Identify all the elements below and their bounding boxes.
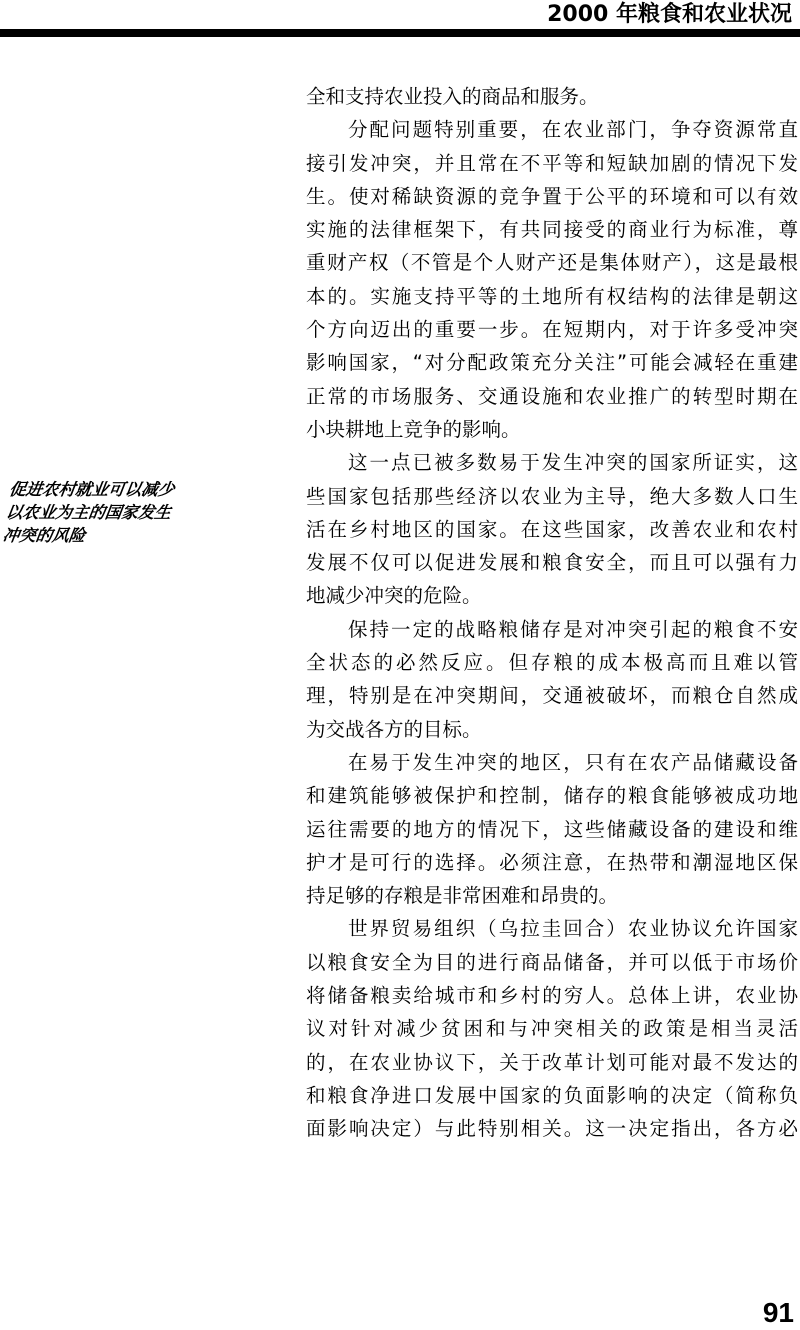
paragraph: 全和支持农业投入的商品和服务。: [306, 80, 798, 113]
text-line: 为交战各方的目标。: [306, 713, 798, 746]
running-title: 2000 年粮食和农业状况: [547, 2, 792, 28]
paragraph: 分配问题特别重要，在农业部门，争夺资源常直 接引发冲突，并且常在不平等和短缺加剧…: [306, 113, 798, 446]
text-line: 本的。实施支持平等的土地所有权结构的法律是朝这: [306, 280, 798, 313]
text-line: 分配问题特别重要，在农业部门，争夺资源常直: [306, 113, 798, 146]
text-line: 以粮食安全为目的进行商品储备，并可以低于市场价: [306, 946, 798, 979]
text-line: 在易于发生冲突的地区，只有在农产品储藏设备: [306, 746, 798, 779]
text-line: 和粮食净进口发展中国家的负面影响的决定（简称负: [306, 1079, 798, 1112]
margin-note: 促进农村就业可以减少 以农业为主的国家发生 冲突的风险: [1, 478, 201, 547]
paragraph: 在易于发生冲突的地区，只有在农产品储藏设备 和建筑能够被保护和控制，储存的粮食能…: [306, 746, 798, 912]
text-line: 些国家包括那些经济以农业为主导，绝大多数人口生: [306, 480, 798, 513]
page-number: 91: [763, 1298, 794, 1328]
text-line: 将储备粮卖给城市和乡村的穷人。总体上讲，农业协: [306, 979, 798, 1012]
margin-note-line: 以农业为主的国家发生: [4, 501, 197, 524]
text-line: 议对针对减少贫困和与冲突相关的政策是相当灵活: [306, 1012, 798, 1045]
text-line: 个方向迈出的重要一步。在短期内，对于许多受冲突: [306, 313, 798, 346]
body-text: 全和支持农业投入的商品和服务。 分配问题特别重要，在农业部门，争夺资源常直 接引…: [306, 80, 798, 1146]
text-line: 这一点已被多数易于发生冲突的国家所证实，这: [306, 446, 798, 479]
text-line: 影响国家，“对分配政策充分关注”可能会减轻在重建: [306, 346, 798, 379]
text-line: 运往需要的地方的情况下，这些储藏设备的建设和维: [306, 813, 798, 846]
text-line: 活在乡村地区的国家。在这些国家，改善农业和农村: [306, 513, 798, 546]
paragraph: 世界贸易组织（乌拉圭回合）农业协议允许国家 以粮食安全为目的进行商品储备，并可以…: [306, 912, 798, 1145]
text-line: 实施的法律框架下，有共同接受的商业行为标准，尊: [306, 213, 798, 246]
text-line: 的，在农业协议下，关于改革计划可能对最不发达的: [306, 1046, 798, 1079]
text-line: 全和支持农业投入的商品和服务。: [306, 80, 798, 113]
text-line: 重财产权（不管是个人财产还是集体财产），这是最根: [306, 246, 798, 279]
paragraph: 这一点已被多数易于发生冲突的国家所证实，这 些国家包括那些经济以农业为主导，绝大…: [306, 446, 798, 612]
text-line: 小块耕地上竞争的影响。: [306, 413, 798, 446]
text-line: 理，特别是在冲突期间，交通被破坏，而粮仓自然成: [306, 679, 798, 712]
text-line: 生。使对稀缺资源的竞争置于公平的环境和可以有效: [306, 180, 798, 213]
text-line: 护才是可行的选择。必须注意，在热带和潮湿地区保: [306, 846, 798, 879]
text-line: 持足够的存粮是非常困难和昂贵的。: [306, 879, 798, 912]
text-line: 保持一定的战略粮储存是对冲突引起的粮食不安: [306, 613, 798, 646]
text-line: 发展不仅可以促进发展和粮食安全，而且可以强有力: [306, 546, 798, 579]
margin-note-line: 促进农村就业可以减少: [8, 478, 201, 501]
text-line: 面影响决定）与此特别相关。这一决定指出，各方必: [306, 1112, 798, 1145]
margin-note-line: 冲突的风险: [1, 524, 194, 547]
text-line: 正常的市场服务、交通设施和农业推广的转型时期在: [306, 380, 798, 413]
text-line: 和建筑能够被保护和控制，储存的粮食能够被成功地: [306, 779, 798, 812]
text-line: 接引发冲突，并且常在不平等和短缺加剧的情况下发: [306, 147, 798, 180]
paragraph: 保持一定的战略粮储存是对冲突引起的粮食不安 全状态的必然反应。但存粮的成本极高而…: [306, 613, 798, 746]
header-rule: [0, 29, 800, 37]
text-line: 全状态的必然反应。但存粮的成本极高而且难以管: [306, 646, 798, 679]
text-line: 世界贸易组织（乌拉圭回合）农业协议允许国家: [306, 912, 798, 945]
text-line: 地减少冲突的危险。: [306, 579, 798, 612]
